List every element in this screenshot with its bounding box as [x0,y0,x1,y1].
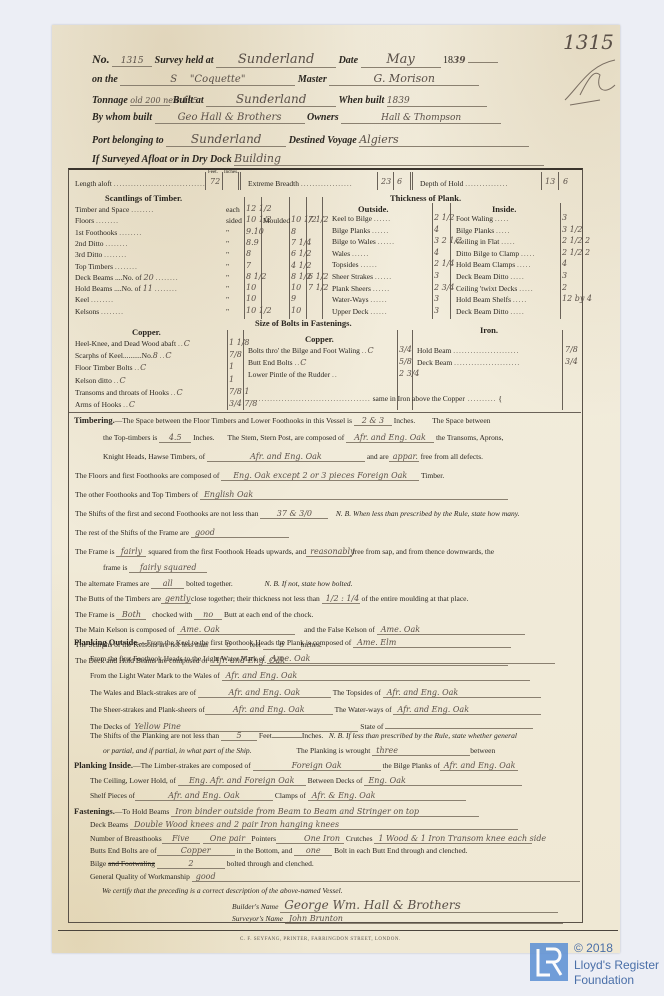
bolt-copper-value: 1 [229,375,234,384]
bolt-copper-mid-value: 5/8 [399,357,412,366]
lr-monogram-icon [530,943,568,981]
plank-inside-value: 3 1/2 [562,225,583,234]
tonnage: old 200 new 195 [130,96,170,106]
survey-location: Sunderland [216,52,336,68]
scantling-ends-value: 7 1/2 [308,215,329,224]
planking-inside-line-2: The Ceiling, Lower Hold, of Eng. Afr. an… [90,776,522,786]
lloyds-register-logo [530,943,568,981]
scantling-row: Top Timbers ........ [75,262,138,271]
scantling-row: Floors ........ [75,216,119,225]
plank-inside-row: Foot Waling ..... [456,214,509,223]
scantling-row: Kelsons ........ [75,307,124,316]
bolt-iron-row: Deck Beam ....................... [417,358,520,367]
built-at: Sunderland [206,92,336,107]
scantling-middle-value: 9 [291,294,296,303]
plank-inside-row: Ditto Bilge to Clamp ..... [456,249,535,258]
plank-inside-value: 3 [562,213,567,222]
bolt-copper-mid-row: Bolts thro' the Bilge and Foot Waling ..… [248,346,374,355]
scantling-sided-value: 10 [246,294,256,303]
scantling-sided-value: 8.9 [246,238,259,247]
builder: Geo Hall & Brothers [155,112,305,124]
org-name-line2: Foundation [574,973,634,987]
plank-outside-row: Plank Sheers ...... [332,284,390,293]
when-built: 1839 [387,96,487,107]
plank-inside-row: Hold Beam Clamps ..... [456,260,531,269]
bolt-copper-mid-row: Lower Pintle of the Rudder .. [248,370,338,379]
scantling-middle-value: 7 1/4 [291,238,312,247]
printer-imprint: C. F. SEYFANG, PRINTER, FARRINGDON STREE… [240,937,401,942]
scantling-qualifier: " [226,239,229,248]
scantling-row: Hold Beams ....No. of 11 ........ [75,284,178,293]
header-line-1: No. 1315 Survey held at Sunderland Date … [92,52,498,68]
scantling-sided-value: 10 1/2 [246,306,272,315]
bolt-copper-mid-value: 2 3/4 [399,369,420,378]
bolts-title: Size of Bolts in Fastenings. [255,318,352,328]
scantling-qualifier: " [226,284,229,293]
bolt-copper-value: 1 1/8 [229,338,250,347]
timbering-line-7: The rest of the Shifts of the Frame are … [75,528,289,538]
planking-inside-line-1: Planking Inside.—The Limber-strakes are … [74,760,518,771]
header-line-5: Port belonging to Sunderland Destined Vo… [92,132,529,147]
fastenings-line-1: Fastenings.—To Hold Beams Iron binder ou… [74,806,479,817]
fastenings-line-4: Butts End Bolts are ofCopper in the Bott… [90,846,467,856]
bolt-copper-value: 7/8 1 [229,387,250,396]
scantling-row: Keel ........ [75,295,114,304]
planking-outside-line-7: The Shifts of the Planking are not less … [90,731,517,741]
bolts-iron-title: Iron. [480,325,498,335]
scantling-sided-value: 12 1/2 [246,204,272,213]
scantling-ends-value: 7 1/2 [308,283,329,292]
plank-inside-row: Deck Beam Ditto ..... [456,307,525,316]
planking-inside-line-3: Shelf Pieces ofAfr. and Eng. Oak Clamps … [90,791,466,801]
extreme-breadth: Extreme Breadth .................. [248,179,353,188]
vessel-name: "Coquette" [190,74,246,85]
owners: Hall & Thompson [341,113,501,124]
scantling-middle-value: 6 1/2 [291,249,312,258]
timbering-line-13: The Main Kelson is composed of Ame. Oak … [75,625,525,635]
plank-outside-row: Water-Ways ...... [332,295,388,304]
timbering-line-3: Knight Heads, Hawse Timbers, of Afr. and… [103,452,483,462]
surveyor-name-row: Surveyor's Name John Brunton [232,914,563,924]
plank-outside-row: Upper Deck ...... [332,307,388,316]
scantling-qualifier: " [226,307,229,316]
scantling-row: Timber and Space ........ [75,205,154,214]
plank-outside-value: 3 [434,294,439,303]
scantling-sided-value: 8 1/2 [246,272,267,281]
survey-date: May [361,52,441,68]
bolt-copper-row: Transoms and throats of Hooks ..C [75,388,183,397]
builder-name-row: Builder's Name George Wm. Hall & Brother… [232,898,558,913]
plank-outside-title: Outside. [358,204,388,214]
bolt-copper-mid-row: Butt End Bolts ..C [248,358,306,367]
same-in-iron-row: ........................................… [250,394,502,403]
bolt-copper-row: Heel-Knee, and Dead Wood abaft ..C [75,339,190,348]
scantling-row: Deck Beams ....No. of 20 ........ [75,273,179,282]
timbering-line-12: The Frame is Both chocked with no Butt a… [75,610,313,620]
scantling-middle-value: 10 [291,283,301,292]
plank-outside-row: Topsides ...... [332,260,378,269]
plank-inside-row: Hold Beam Shelfs ..... [456,295,527,304]
plank-outside-value: 2 1/4 [434,259,455,268]
master-name: G. Morison [329,72,479,86]
scantling-row: 1st Foothooks ........ [75,228,142,237]
copyright-text: © 2018 [574,941,613,955]
plank-outside-row: Sheer Strakes ...... [332,272,392,281]
certification-statement: We certify that the preceding is a corre… [102,886,343,895]
plank-inside-value: 2 [562,283,567,292]
timbering-line-2: the Top-timbers is 4.5 Inches. The Stem,… [103,433,503,443]
scantling-qualifier: " [226,262,229,271]
port-belonging: Sunderland [166,132,286,147]
plank-outside-row: Bilge to Wales ...... [332,237,395,246]
bolt-copper-row: Arms of Hooks ..C [75,400,135,409]
planking-outside-line-3: From the Light Water Mark to the Wales o… [90,671,530,681]
extreme-breadth-inches: 6 [397,177,402,186]
depth-of-hold-inches: 6 [563,177,568,186]
scantling-qualifier: " [226,250,229,259]
scantling-row: 3rd Ditto ........ [75,250,127,259]
fastenings-line-5: Bilge and Footwaling 2 bolted through an… [90,859,314,869]
planking-outside-line-4: The Wales and Black-strakes are of Afr. … [90,688,541,698]
scantling-sided-value: 9.10 [246,227,264,236]
length-aloft-feet: 72 [210,177,220,186]
header-line-3: Tonnage old 200 new 195 Built at Sunderl… [92,92,487,107]
plank-outside-value: 4 [434,225,439,234]
bolts-copper-title: Copper. [132,327,161,337]
timbering-line-11: The Butts of the Timbers aregentlyclose … [75,594,468,604]
survey-number: 1315 [112,56,152,67]
plank-inside-row: Ceiling in Flat ..... [456,237,516,246]
bolt-copper-mid-value: 3/4 [399,345,412,354]
bolt-iron-row: Hold Beam ....................... [417,346,519,355]
header-line-4: By whom built Geo Hall & Brothers Owners… [92,112,501,124]
depth-of-hold-feet: 13 [545,177,555,186]
scantling-qualifier: " [226,295,229,304]
surveyor-initials-mark [560,55,620,110]
scantlings-title: Scantlings of Timber. [105,193,182,203]
scantling-sided-value: 7 [246,261,251,270]
plank-outside-row: Wales ...... [332,249,369,258]
header-line-2: on the S "Coquette" Master G. Morison [92,72,479,86]
scantling-qualifier: " [226,273,229,282]
scantling-ends-value: 6 1/2 [308,272,329,281]
bolt-iron-value: 7/8 [565,345,578,354]
bolt-iron-value: 3/4 [565,357,578,366]
bolt-copper-value: 7/8 [229,350,242,359]
scantling-sided-value: 8 [246,249,251,258]
plank-outside-row: Bilge Planks ...... [332,226,389,235]
plank-inside-row: Bilge Planks ..... [456,226,510,235]
plank-inside-row: Ceiling 'twixt Decks ..... [456,284,534,293]
plank-inside-value: 2 1/2 2 [562,248,590,257]
plank-inside-row: Deck Beam Ditto ..... [456,272,525,281]
plank-title: Thickness of Plank. [390,193,461,203]
corner-number: 1315 [563,30,614,54]
plank-inside-value: 2 1/2 2 [562,236,590,245]
bolt-copper-row: Floor Timber Bolts ..C [75,363,146,372]
bolt-copper-row: Kelson ditto ..C [75,376,126,385]
bolt-copper-row: Scarphs of Keel..........No.8 ..C [75,351,172,360]
timbering-line-5: The other Foothooks and Top Timbers of E… [75,490,508,500]
header-line-6: If Surveyed Afloat or in Dry Dock Buildi… [92,152,544,166]
plank-inside-title: Inside. [492,204,516,214]
survey-location-type: Building [234,152,544,166]
moulded-label: Moulded [263,216,290,225]
timbering-line-4: The Floors and first Foothooks are compo… [75,471,444,481]
extreme-breadth-feet: 23 [381,177,391,186]
scantling-middle-value: 8 [291,227,296,236]
planking-outside-line-8: or partial, and if partial, in what part… [103,746,495,756]
fastenings-line-6: General Quality of Workmanship good [90,872,580,882]
plank-outside-value: 4 [434,248,439,257]
length-aloft: Length aloft ...........................… [75,179,206,188]
plank-inside-value: 4 [562,259,567,268]
scantling-qualifier: each [226,205,240,214]
scantling-middle-value: 10 [291,306,301,315]
org-name-line1: Lloyd's Register [574,958,659,972]
timbering-line-1: Timbering.—The Space between the Floor T… [74,415,490,426]
scantling-qualifier: " [226,228,229,237]
timbering-line-10: The alternate Frames are all bolted toge… [75,579,353,589]
planking-outside-line-2: From the first Foothook Heads to the Lig… [90,654,555,664]
scantling-middle-value: 4 1/2 [291,261,312,270]
scantling-qualifier: sided [226,216,242,225]
timbering-line-9: frame is fairly squared [103,563,207,573]
bolts-copper-mid-title: Copper. [305,334,334,344]
depth-of-hold: Depth of Hold ............... [420,179,508,188]
fastenings-line-3: Number of BreasthooksFive One pairPointe… [90,834,532,844]
scantling-sided-value: 10 [246,283,256,292]
planking-outside-line-1: Planking Outside.—From the Keel to the f… [74,637,511,648]
plank-outside-value: 2 1/2 [434,213,455,222]
timbering-line-8: The Frame is fairly squared from the fir… [75,547,494,557]
fastenings-line-2: Deck Beams Double Wood knees and 2 pair … [90,820,518,830]
timbering-line-6: The Shifts of the first and second Footh… [75,509,520,519]
scantling-row: 2nd Ditto ........ [75,239,128,248]
bolt-copper-value: 1 [229,362,234,371]
plank-inside-value: 12 by 4 [562,294,592,303]
plank-outside-value: 3 [434,306,439,315]
plank-outside-row: Keel to Bilge ...... [332,214,391,223]
plank-outside-value: 3 [434,271,439,280]
planking-outside-line-5: The Sheer-strakes and Plank-sheers ofAfr… [90,705,541,715]
plank-inside-value: 3 [562,271,567,280]
plank-outside-value: 2 3/4 [434,283,455,292]
destined-voyage: Algiers [359,133,529,147]
